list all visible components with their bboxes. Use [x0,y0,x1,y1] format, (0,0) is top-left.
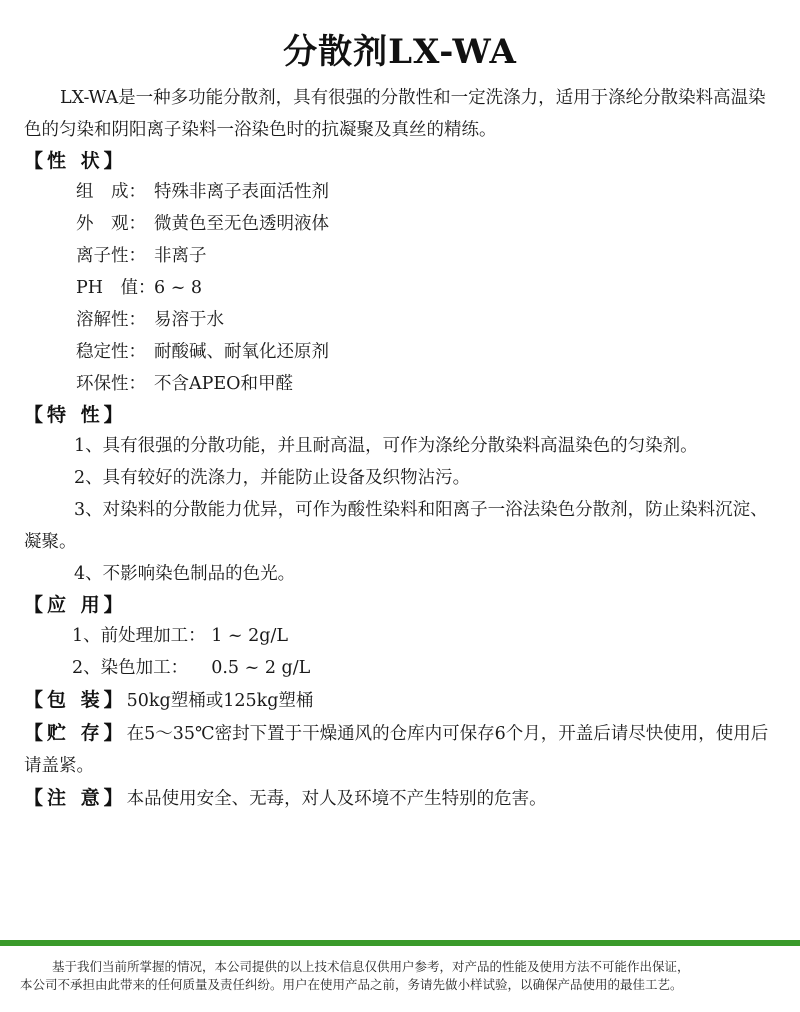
usage-label: 2、染色加工： [72,658,188,678]
application-heading: 【应 用】 [24,590,776,620]
features-heading: 【特 性】 [24,400,776,430]
packaging-section: 【包 装】50kg塑桶或125kg塑桶 [24,684,776,717]
document-body: LX-WA是一种多功能分散剂，具有很强的分散性和一定洗涤力，适用于涤纶分散染料高… [24,82,776,815]
property-row: PH 值：6 ~ 8 [76,272,776,304]
property-row: 环保性：不含APEO和甲醛 [76,368,776,400]
property-row: 稳定性：耐酸碱、耐氧化还原剂 [76,336,776,368]
footer-divider-bar [0,940,800,946]
property-row: 外 观：微黄色至无色透明液体 [76,208,776,240]
property-label: PH 值： [76,272,154,304]
packaging-heading: 【包 装】 [24,689,127,711]
usage-row: 2、染色加工： 0.5 ~ 2 g/L [72,652,776,684]
properties-section: 【性 状】 组 成：特殊非离子表面活性剂 外 观：微黄色至无色透明液体 离子性：… [24,146,776,400]
usage-value: 1 ~ 2g/L [211,626,288,646]
packaging-text: 50kg塑桶或125kg塑桶 [127,691,314,711]
usage-row: 1、前处理加工： 1 ~ 2g/L [72,620,776,652]
property-label: 稳定性： [76,336,154,368]
property-row: 组 成：特殊非离子表面活性剂 [76,176,776,208]
page-title: 分散剂LX-WA [0,24,800,73]
property-value: 不含APEO和甲醛 [154,374,293,394]
property-value: 6 ~ 8 [154,278,202,298]
caution-section: 【注 意】本品使用安全、无毒，对人及环境不产生特别的危害。 [24,782,776,815]
property-row: 离子性：非离子 [76,240,776,272]
footer-disclaimer: 基于我们当前所掌握的情况，本公司提供的以上技术信息仅供用户参考，对产品的性能及使… [20,958,780,994]
property-row: 溶解性：易溶于水 [76,304,776,336]
feature-item: 4、不影响染色制品的色光。 [24,558,776,590]
feature-item: 3、对染料的分散能力优异，可作为酸性染料和阳离子一浴法染色分散剂，防止染料沉淀、… [24,494,776,558]
property-value: 易溶于水 [154,310,224,330]
property-value: 微黄色至无色透明液体 [154,214,329,234]
feature-item: 1、具有很强的分散功能，并且耐高温，可作为涤纶分散染料高温染色的匀染剂。 [24,430,776,462]
storage-text: 在5～35℃密封下置于干燥通风的仓库内可保存6个月，开盖后请尽快使用，使用后请盖… [24,724,768,776]
application-section: 【应 用】 1、前处理加工： 1 ~ 2g/L 2、染色加工： 0.5 ~ 2 … [24,590,776,684]
usage-label: 1、前处理加工： [72,626,206,646]
features-section: 【特 性】 1、具有很强的分散功能，并且耐高温，可作为涤纶分散染料高温染色的匀染… [24,400,776,590]
usage-value: 0.5 ~ 2 g/L [194,658,311,678]
property-label: 外 观： [76,208,154,240]
properties-heading: 【性 状】 [24,146,776,176]
intro-paragraph: LX-WA是一种多功能分散剂，具有很强的分散性和一定洗涤力，适用于涤纶分散染料高… [24,82,776,146]
property-value: 非离子 [154,246,207,266]
caution-text: 本品使用安全、无毒，对人及环境不产生特别的危害。 [127,789,547,809]
disclaimer-line-2: 本公司不承担由此带来的任何质量及责任纠纷。用户在使用产品之前，务请先做小样试验，… [20,976,780,994]
caution-heading: 【注 意】 [24,787,127,809]
storage-section: 【贮 存】在5～35℃密封下置于干燥通风的仓库内可保存6个月，开盖后请尽快使用，… [24,717,776,782]
property-label: 组 成： [76,176,154,208]
property-value: 耐酸碱、耐氧化还原剂 [154,342,329,362]
disclaimer-line-1: 基于我们当前所掌握的情况，本公司提供的以上技术信息仅供用户参考，对产品的性能及使… [20,958,780,976]
property-value: 特殊非离子表面活性剂 [154,182,329,202]
storage-heading: 【贮 存】 [24,722,127,744]
feature-item: 2、具有较好的洗涤力，并能防止设备及织物沾污。 [24,462,776,494]
property-label: 环保性： [76,368,154,400]
property-label: 离子性： [76,240,154,272]
property-label: 溶解性： [76,304,154,336]
